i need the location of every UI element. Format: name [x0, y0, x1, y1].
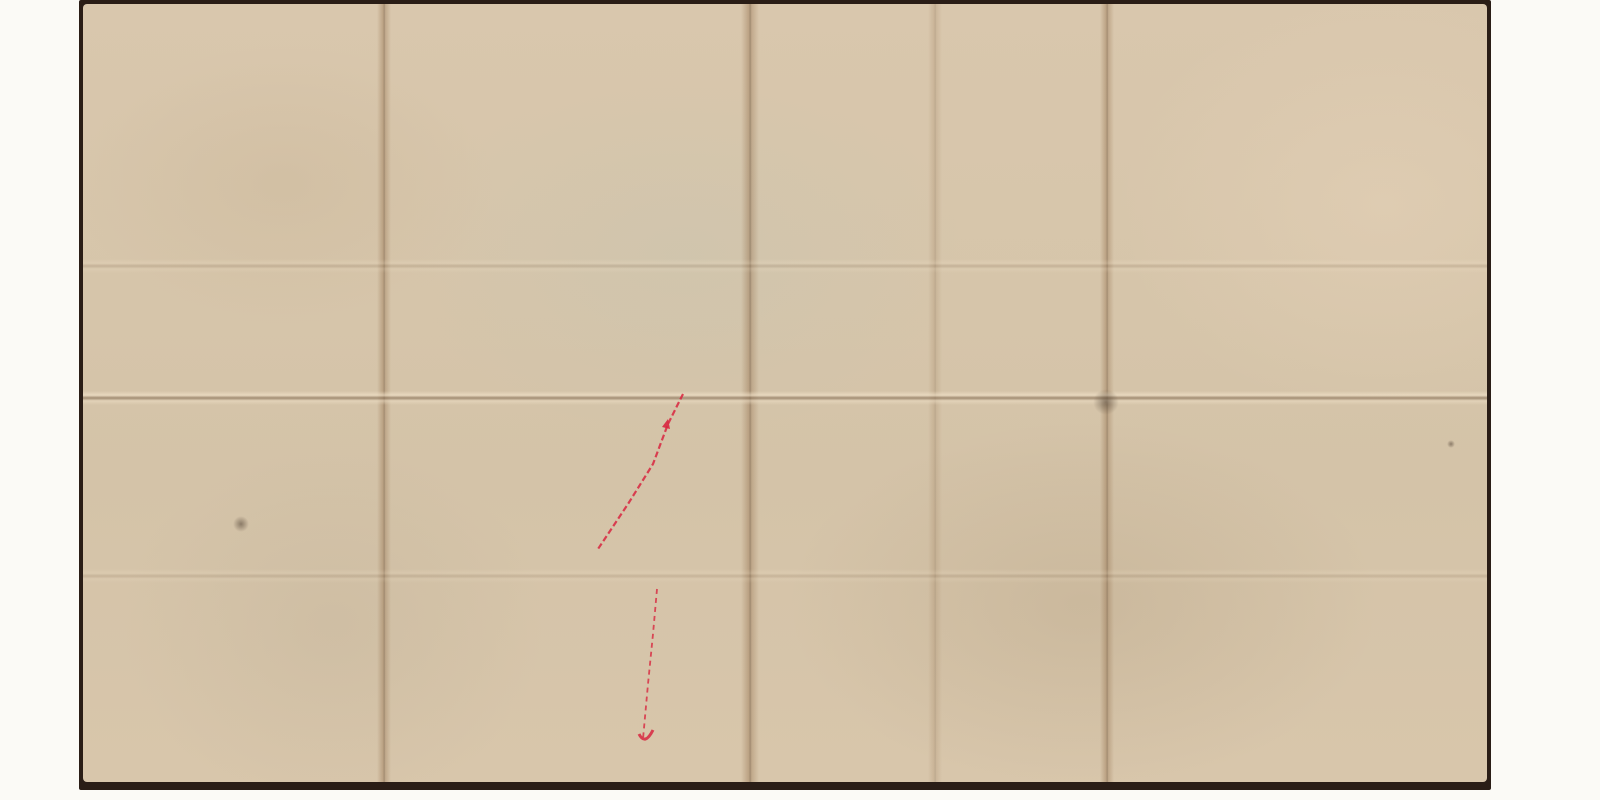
worn-paper-note	[83, 4, 1487, 782]
red-pencil-mark	[83, 4, 1487, 782]
